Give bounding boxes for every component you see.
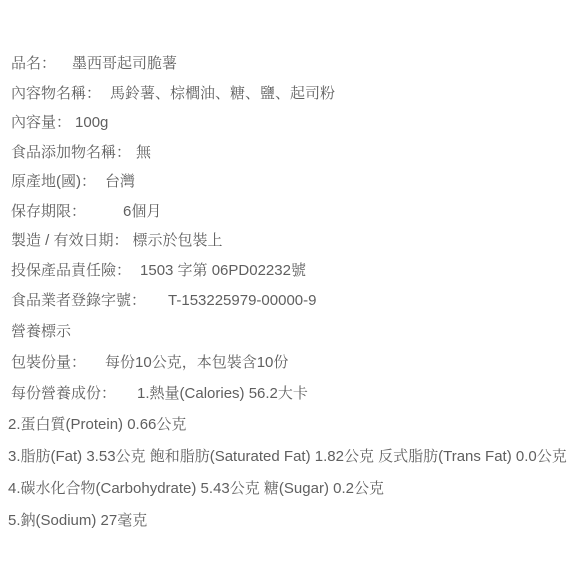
spec-value: 墨西哥起司脆薯: [72, 49, 177, 79]
spec-value: 6個月: [123, 197, 161, 227]
spec-row-shelf-life: 保存期限：6個月: [8, 197, 576, 227]
spec-row-nutrition-per-serving-calories: 每份營養成份：1.熱量(Calories) 56.2大卡: [8, 378, 576, 409]
spec-value: 標示於包裝上: [133, 226, 223, 256]
nutrition-text: 4.碳水化合物(Carbohydrate) 5.43公克 糖(Sugar) 0.…: [8, 480, 384, 497]
spec-label: 內容量：: [11, 108, 71, 138]
spec-row-serving-size: 包裝份量：每份10公克，本包裝含10份: [8, 347, 576, 378]
spec-value: 100g: [75, 108, 108, 138]
spec-row-product-name: 品名：墨西哥起司脆薯: [8, 49, 576, 79]
spec-value: 1.熱量(Calories) 56.2大卡: [137, 378, 308, 409]
nutrition-text: 5.鈉(Sodium) 27毫克: [8, 512, 147, 529]
spec-row-net-content: 內容量：100g: [8, 108, 576, 138]
spec-value: 馬鈴薯、棕櫚油、糖、鹽、起司粉: [110, 79, 335, 109]
spec-value: T-153225979-00000-9: [168, 285, 316, 316]
nutrition-line-carbohydrate: 4.碳水化合物(Carbohydrate) 5.43公克 糖(Sugar) 0.…: [8, 473, 576, 505]
spec-value: 1503 字第 06PD02232號: [140, 256, 306, 286]
nutrition-line-fat: 3.脂肪(Fat) 3.53公克 飽和脂肪(Saturated Fat) 1.8…: [8, 441, 576, 473]
spec-label: 食品業者登錄字號：: [11, 285, 146, 316]
spec-row-food-additives: 食品添加物名稱：無: [8, 138, 576, 168]
spec-label: 包裝份量：: [11, 347, 86, 378]
spec-label: 內容物名稱：: [11, 79, 101, 109]
spec-label: 營養標示: [11, 316, 71, 347]
spec-row-ingredients: 內容物名稱：馬鈴薯、棕櫚油、糖、鹽、起司粉: [8, 79, 576, 109]
nutrition-text: 2.蛋白質(Protein) 0.66公克: [8, 416, 186, 433]
nutrition-text: 3.脂肪(Fat) 3.53公克 飽和脂肪(Saturated Fat) 1.8…: [8, 448, 567, 465]
spec-value: 台灣: [105, 167, 135, 197]
spec-row-mfg-expiry-date: 製造 / 有效日期：標示於包裝上: [8, 226, 576, 256]
spec-value: 無: [136, 138, 151, 168]
nutrition-label-heading: 營養標示: [8, 316, 576, 347]
spec-label: 製造 / 有效日期：: [11, 226, 129, 256]
spec-row-origin-country: 原產地(國)：台灣: [8, 167, 576, 197]
spec-value: 每份10公克，本包裝含10份: [105, 347, 288, 378]
nutrition-line-sodium: 5.鈉(Sodium) 27毫克: [8, 505, 576, 537]
spec-label: 原產地(國)：: [11, 167, 96, 197]
product-spec-sheet: 品名：墨西哥起司脆薯 內容物名稱：馬鈴薯、棕櫚油、糖、鹽、起司粉 內容量：100…: [0, 0, 584, 584]
spec-label: 食品添加物名稱：: [11, 138, 131, 168]
spec-label: 投保產品責任險：: [11, 256, 131, 286]
spec-label: 品名：: [11, 49, 56, 79]
spec-label: 每份營養成份：: [11, 378, 116, 409]
spec-label: 保存期限：: [11, 197, 86, 227]
spec-row-food-business-registration: 食品業者登錄字號：T-153225979-00000-9: [8, 285, 576, 316]
nutrition-line-protein: 2.蛋白質(Protein) 0.66公克: [8, 409, 576, 441]
spec-row-product-liability-insurance: 投保產品責任險：1503 字第 06PD02232號: [8, 256, 576, 286]
